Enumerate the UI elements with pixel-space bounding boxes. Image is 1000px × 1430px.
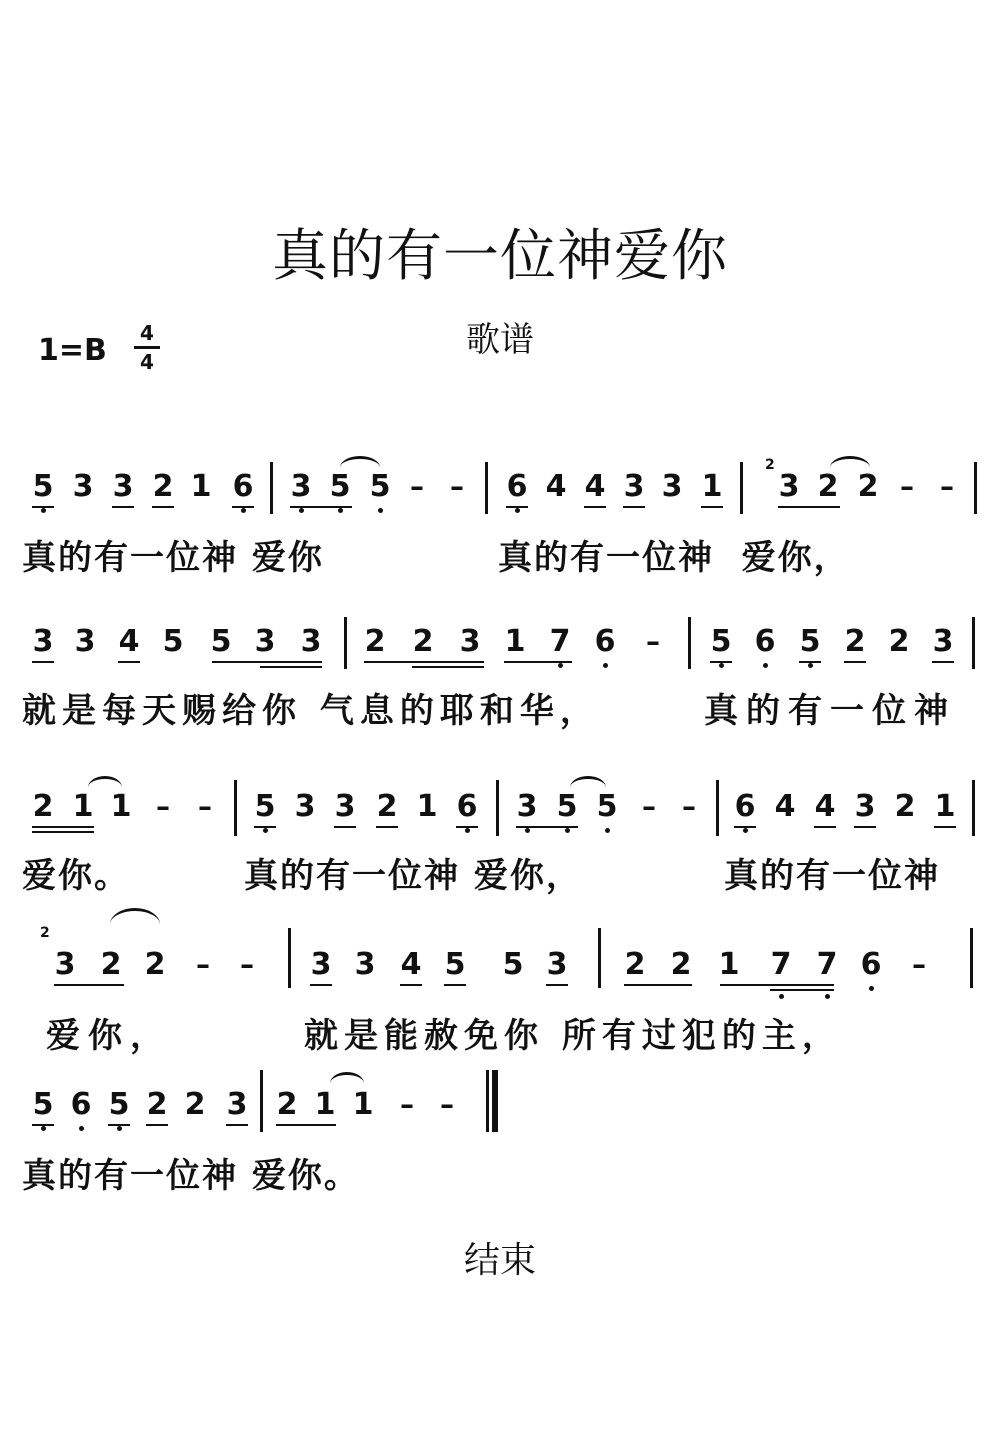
barline [740,462,743,514]
note: 3 [850,790,880,824]
key-signature: 1=B [38,333,107,368]
lyrics: 就是每天赐给你 气息的耶和华， [22,683,600,732]
tie-slur [88,776,122,799]
note: 2 [142,1088,172,1122]
note: 5 [706,625,736,659]
dash: – [932,470,962,504]
note: 6 [590,625,620,659]
note: 2 [408,625,438,659]
note: 6 [730,790,760,824]
time-fraction-bar [134,346,160,349]
final-barline-thin [486,1070,489,1132]
lyrics: 就是能赦免你 所有过犯的主， [304,1008,842,1057]
note: 4 [541,470,571,504]
lyrics: 真的有一位神 [704,683,956,732]
note: 3 [330,790,360,824]
note: 5 [206,625,236,659]
tie-slur [330,1072,364,1095]
barline [972,780,975,836]
note: 5 [158,625,188,659]
lyrics: 真的有一位神 爱你， [244,848,582,897]
note: 3 [50,948,80,982]
note: 6 [452,790,482,824]
time-signature: 4 4 [134,322,160,373]
dash: – [188,948,218,982]
lyrics: 真的有一位神 爱你。 [22,1148,360,1197]
barline [974,462,977,514]
note: 1 [930,790,960,824]
dash: – [190,790,220,824]
note: 5 [104,1088,134,1122]
tie-slur [110,908,160,941]
note: 2 [884,625,914,659]
tie-slur [830,456,870,479]
note: 3 [28,625,58,659]
barline [972,617,975,669]
note: 1 [186,470,216,504]
note: 2 [148,470,178,504]
note: 2 [96,948,126,982]
lyrics: 真的有一位神 [724,848,940,897]
song-title: 真的有一位神爱你 [0,212,1000,292]
dash: – [904,948,934,982]
barline [496,780,499,836]
final-barline-thick [492,1070,498,1132]
note: 1 [697,470,727,504]
note: 3 [222,1088,252,1122]
note: 5 [795,625,825,659]
time-numerator: 4 [140,321,154,345]
lyrics: 爱你。 [22,848,130,897]
lyrics: 真的有一位神 爱你， [498,530,850,579]
tie-slur [340,456,380,479]
note: 2 [620,948,650,982]
note: 3 [928,625,958,659]
note: 5 [28,1088,58,1122]
note: 7 [545,625,575,659]
barline [234,780,237,836]
note: 7 [766,948,796,982]
note: 4 [114,625,144,659]
note: 3 [290,790,320,824]
note: 3 [306,948,336,982]
time-denominator: 4 [140,350,154,374]
barline [598,928,601,988]
note: 3 [657,470,687,504]
barline [716,780,719,836]
note: 1 [714,948,744,982]
dash: – [432,1088,462,1122]
note: 6 [856,948,886,982]
dash: – [674,790,704,824]
note: 2 [28,790,58,824]
note: 1 [412,790,442,824]
note: 2 [360,625,390,659]
note: 5 [498,948,528,982]
note: 3 [108,470,138,504]
note: 2 [840,625,870,659]
note: 6 [750,625,780,659]
note: 2 [666,948,696,982]
dash: – [148,790,178,824]
note: 5 [440,948,470,982]
note: 3 [350,948,380,982]
dash: – [442,470,472,504]
barline [344,617,347,669]
barline [688,617,691,669]
note: 6 [502,470,532,504]
note: 1 [500,625,530,659]
dash: – [392,1088,422,1122]
barline [485,462,488,514]
note: 2 [180,1088,210,1122]
dash: – [892,470,922,504]
note: 5 [28,470,58,504]
note: 4 [810,790,840,824]
note: 2 [272,1088,302,1122]
note: 3 [250,625,280,659]
note: 6 [66,1088,96,1122]
barline [260,1070,263,1132]
lyrics: 真的有一位神 爱你 [22,530,324,579]
note: 3 [619,470,649,504]
note: 2 [372,790,402,824]
note: 7 [812,948,842,982]
note: 3 [296,625,326,659]
note: 5 [250,790,280,824]
note: 3 [774,470,804,504]
note: 2 [140,948,170,982]
note: 3 [70,625,100,659]
ending-text: 结束 [0,1232,1000,1283]
barline [970,928,973,988]
dash: – [638,625,668,659]
note: 6 [228,470,258,504]
dash: – [634,790,664,824]
note: 4 [770,790,800,824]
note: 2 [890,790,920,824]
grace-note: 2 [40,926,50,940]
note: 4 [580,470,610,504]
barline [270,462,273,514]
note: 3 [542,948,572,982]
note: 3 [286,470,316,504]
dash: – [402,470,432,504]
note: 3 [68,470,98,504]
note: 3 [512,790,542,824]
note: 3 [455,625,485,659]
tie-slur [570,776,606,799]
note: 4 [396,948,426,982]
dash: – [232,948,262,982]
lyrics: 爱你， [46,1008,172,1057]
barline [288,928,291,988]
